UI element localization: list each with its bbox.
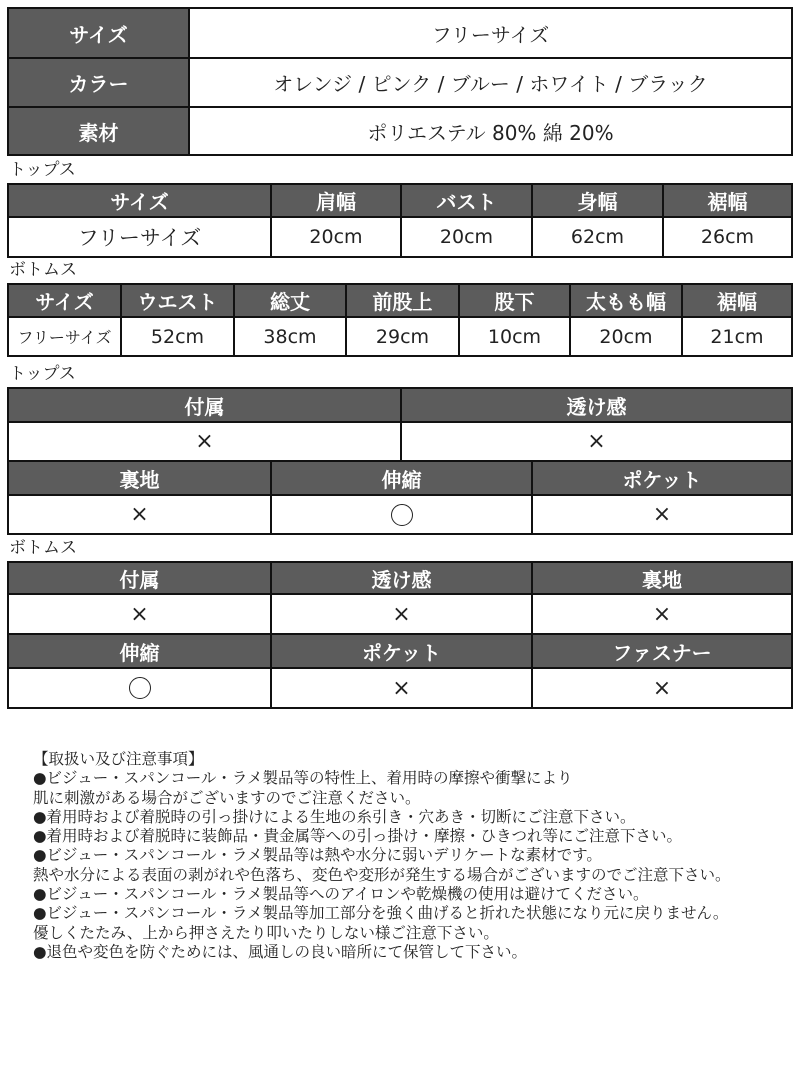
bottoms-lining-value: × <box>532 594 792 634</box>
tops-pocket-header: ポケット <box>532 461 792 495</box>
tops-shoulder-header: 肩幅 <box>271 184 401 217</box>
tops-attributes-section-label: トップス <box>9 364 76 384</box>
tops-lining-value: × <box>8 495 271 534</box>
bottoms-inseam-header: 股下 <box>459 284 570 317</box>
care-note-line: ●ビジュー・スパンコール・ラメ製品等は熱や水分に弱いデリケートな素材です。 <box>33 846 793 865</box>
tops-sheerness-value: × <box>401 422 792 461</box>
bottoms-waist-value: 52cm <box>121 317 234 356</box>
tops-attr-header-row-2: 裏地 伸縮 ポケット <box>8 461 792 495</box>
bottoms-size-section-label: ボトムス <box>9 260 77 280</box>
spec-label-color: カラー <box>8 58 189 107</box>
bottoms-stretch-value <box>8 668 271 708</box>
care-note-line: ●退色や変色を防ぐためには、風通しの良い暗所にて保管して下さい。 <box>33 943 793 962</box>
bottoms-size-header: サイズ <box>8 284 121 317</box>
tops-shoulder-value: 20cm <box>271 217 401 257</box>
circle-yes-icon <box>391 504 413 526</box>
tops-accessory-value: × <box>8 422 401 461</box>
tops-bust-header: バスト <box>401 184 532 217</box>
spec-row-size: サイズ フリーサイズ <box>8 8 792 58</box>
tops-bust-value: 20cm <box>401 217 532 257</box>
bottoms-length-value: 38cm <box>234 317 346 356</box>
bottoms-sheerness-value: × <box>271 594 532 634</box>
tops-body-width-header: 身幅 <box>532 184 663 217</box>
bottoms-thigh-value: 20cm <box>570 317 682 356</box>
tops-size-header: サイズ <box>8 184 271 217</box>
bottoms-zipper-value: × <box>532 668 792 708</box>
bottoms-length-header: 総丈 <box>234 284 346 317</box>
bottoms-pocket-header: ポケット <box>271 634 532 668</box>
care-notes-title: 【取扱い及び注意事項】 <box>33 750 793 769</box>
spec-label-size: サイズ <box>8 8 189 58</box>
tops-size-section-label: トップス <box>9 160 76 180</box>
bottoms-thigh-header: 太もも幅 <box>570 284 682 317</box>
tops-attributes-table-row1: 付属 透け感 × × <box>7 387 793 462</box>
tops-sheerness-header: 透け感 <box>401 388 792 422</box>
bottoms-attributes-table-row1: 付属 透け感 裏地 × × × <box>7 561 793 635</box>
bottoms-attributes-section-label: ボトムス <box>9 538 77 558</box>
tops-size-header-row: サイズ 肩幅 バスト 身幅 裾幅 <box>8 184 792 217</box>
care-note-line: ●ビジュー・スパンコール・ラメ製品等へのアイロンや乾燥機の使用は避けてください。 <box>33 885 793 904</box>
bottoms-size-table: サイズ ウエスト 総丈 前股上 股下 太もも幅 裾幅 フリーサイズ 52cm 3… <box>7 283 793 357</box>
spec-label-material: 素材 <box>8 107 189 155</box>
care-note-line: 熱や水分による表面の剥がれや色落ち、変色や変形が発生する場合がございますのでご注… <box>33 866 793 885</box>
tops-pocket-value: × <box>532 495 792 534</box>
care-note-line: ●着用時および着脱時に装飾品・貴金属等への引っ掛け・摩擦・ひきつれ等にご注意下さ… <box>33 827 793 846</box>
spec-table: サイズ フリーサイズ カラー オレンジ / ピンク / ブルー / ホワイト /… <box>7 7 793 156</box>
care-note-line: 優しくたたみ、上から押さえたり叩いたりしない様ご注意下さい。 <box>33 924 793 943</box>
spec-row-material: 素材 ポリエステル 80% 綿 20% <box>8 107 792 155</box>
bottoms-size-value-row: フリーサイズ 52cm 38cm 29cm 10cm 20cm 21cm <box>8 317 792 356</box>
tops-lining-header: 裏地 <box>8 461 271 495</box>
tops-attr-value-row-1: × × <box>8 422 792 461</box>
bottoms-attr-value-row-1: × × × <box>8 594 792 634</box>
bottoms-attr-header-row-1: 付属 透け感 裏地 <box>8 562 792 594</box>
spec-row-color: カラー オレンジ / ピンク / ブルー / ホワイト / ブラック <box>8 58 792 107</box>
spec-value-material: ポリエステル 80% 綿 20% <box>189 107 792 155</box>
care-note-line: ●着用時および着脱時の引っ掛けによる生地の糸引き・穴あき・切断にご注意下さい。 <box>33 808 793 827</box>
tops-body-width-value: 62cm <box>532 217 663 257</box>
tops-hem-width-value: 26cm <box>663 217 792 257</box>
care-notes: 【取扱い及び注意事項】 ●ビジュー・スパンコール・ラメ製品等の特性上、着用時の摩… <box>33 750 793 962</box>
tops-attr-header-row-1: 付属 透け感 <box>8 388 792 422</box>
bottoms-hem-width-header: 裾幅 <box>682 284 792 317</box>
bottoms-accessory-value: × <box>8 594 271 634</box>
tops-stretch-value <box>271 495 532 534</box>
tops-size-value: フリーサイズ <box>8 217 271 257</box>
tops-size-value-row: フリーサイズ 20cm 20cm 62cm 26cm <box>8 217 792 257</box>
bottoms-waist-header: ウエスト <box>121 284 234 317</box>
tops-attr-value-row-2: × × <box>8 495 792 534</box>
bottoms-accessory-header: 付属 <box>8 562 271 594</box>
spec-value-color: オレンジ / ピンク / ブルー / ホワイト / ブラック <box>189 58 792 107</box>
bottoms-rise-value: 29cm <box>346 317 459 356</box>
bottoms-size-value: フリーサイズ <box>8 317 121 356</box>
tops-stretch-header: 伸縮 <box>271 461 532 495</box>
tops-attributes-table-row2: 裏地 伸縮 ポケット × × <box>7 460 793 535</box>
bottoms-lining-header: 裏地 <box>532 562 792 594</box>
circle-yes-icon <box>129 677 151 699</box>
bottoms-rise-header: 前股上 <box>346 284 459 317</box>
care-note-line: ●ビジュー・スパンコール・ラメ製品等加工部分を強く曲げると折れた状態になり元に戻… <box>33 904 793 923</box>
bottoms-stretch-header: 伸縮 <box>8 634 271 668</box>
care-note-line: ●ビジュー・スパンコール・ラメ製品等の特性上、着用時の摩擦や衝撃により <box>33 769 793 788</box>
tops-hem-width-header: 裾幅 <box>663 184 792 217</box>
bottoms-zipper-header: ファスナー <box>532 634 792 668</box>
tops-accessory-header: 付属 <box>8 388 401 422</box>
bottoms-attr-value-row-2: × × <box>8 668 792 708</box>
bottoms-sheerness-header: 透け感 <box>271 562 532 594</box>
tops-size-table: サイズ 肩幅 バスト 身幅 裾幅 フリーサイズ 20cm 20cm 62cm 2… <box>7 183 793 258</box>
spec-value-size: フリーサイズ <box>189 8 792 58</box>
bottoms-size-header-row: サイズ ウエスト 総丈 前股上 股下 太もも幅 裾幅 <box>8 284 792 317</box>
bottoms-attr-header-row-2: 伸縮 ポケット ファスナー <box>8 634 792 668</box>
bottoms-inseam-value: 10cm <box>459 317 570 356</box>
bottoms-attributes-table-row2: 伸縮 ポケット ファスナー × × <box>7 633 793 709</box>
care-note-line: 肌に刺激がある場合がございますのでご注意ください。 <box>33 789 793 808</box>
bottoms-hem-width-value: 21cm <box>682 317 792 356</box>
bottoms-pocket-value: × <box>271 668 532 708</box>
